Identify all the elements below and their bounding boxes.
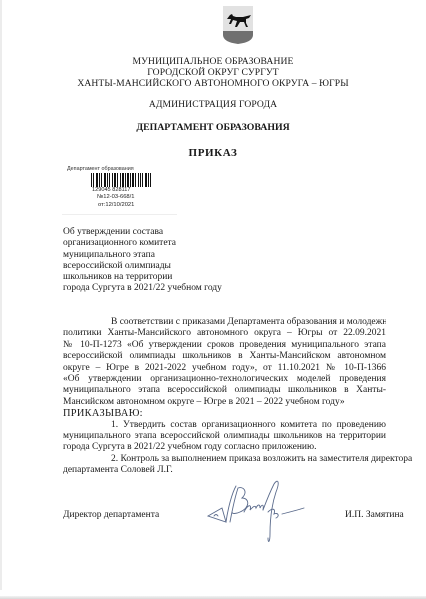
subject-line: города Сургута в 2021/22 учебном году: [63, 283, 222, 294]
subject-line: муниципального этапа: [63, 250, 222, 261]
stamp-reg-number: №12-03-668/1: [97, 194, 134, 200]
body-line: всероссийской олимпиады школьников в Хан…: [63, 351, 386, 362]
body-line: № 10-П-1273 «Об утверждении сроков прове…: [63, 340, 386, 351]
signatory-name: И.П. Замятина: [345, 510, 404, 520]
header-region: ХАНТЫ-МАНСИЙСКОГО АВТОНОМНОГО ОКРУГА – Ю…: [0, 78, 426, 89]
stamp-underline: [62, 214, 177, 215]
order-word: ПРИКАЗЫВАЮ:: [63, 408, 386, 419]
stamp-date: от:12/10/2021: [98, 202, 134, 208]
signatory-title: Директор департамента: [63, 510, 159, 520]
body-line: «Об утверждении организационно-технологи…: [63, 374, 386, 385]
subject-line: Об утверждении состава: [63, 227, 222, 238]
order-item-1-line: муниципального этапа всероссийской олимп…: [63, 431, 386, 442]
order-item-1-line: 1. Утвердить состав организационного ком…: [63, 420, 386, 431]
header-administration: АДМИНИСТРАЦИЯ ГОРОДА: [0, 99, 426, 110]
order-item-2-line: департамента Соловей Л.Г.: [63, 465, 386, 476]
order-item-2-line: 2. Контроль за выполнением приказа возло…: [63, 454, 386, 465]
body-line: округе – Югре в 2021-2022 учебном году»,…: [63, 363, 386, 374]
stamp-barcode-number: 129045 828117: [92, 187, 130, 193]
header-municipality: МУНИЦИПАЛЬНОЕ ОБРАЗОВАНИЕ: [0, 56, 426, 67]
order-item-1-line: города Сургута в 2021/22 учебном году со…: [63, 442, 386, 453]
barcode-icon: [91, 173, 151, 187]
body-line: муниципального этапа всероссийской олимп…: [63, 385, 386, 396]
department-name: ДЕПАРТАМЕНТ ОБРАЗОВАНИЯ: [0, 122, 426, 133]
body-line: политики Ханты-Мансийского автономного о…: [63, 328, 386, 339]
document-subject: Об утверждении состава организационного …: [63, 227, 222, 295]
document-title: ПРИКАЗ: [0, 147, 426, 159]
header-city-district: ГОРОДСКОЙ ОКРУГ СУРГУТ: [0, 67, 426, 78]
coat-of-arms-icon: [222, 5, 254, 45]
subject-line: организационного комитета: [63, 238, 222, 249]
body-line: Мансийском автономном округе – Югре в 20…: [63, 397, 386, 408]
body-line: В соответствии с приказами Департамента …: [63, 317, 386, 328]
document-body: В соответствии с приказами Департамента …: [63, 317, 386, 476]
subject-line: всероссийской олимпиады: [63, 261, 222, 272]
signature-icon: [200, 478, 330, 548]
stamp-issuer: Департамент образования: [67, 166, 134, 172]
subject-line: школьников на территории: [63, 272, 222, 283]
registration-stamp: Департамент образования 129045 828117 №1…: [62, 162, 192, 217]
document-page: МУНИЦИПАЛЬНОЕ ОБРАЗОВАНИЕ ГОРОДСКОЙ ОКРУ…: [0, 0, 426, 599]
